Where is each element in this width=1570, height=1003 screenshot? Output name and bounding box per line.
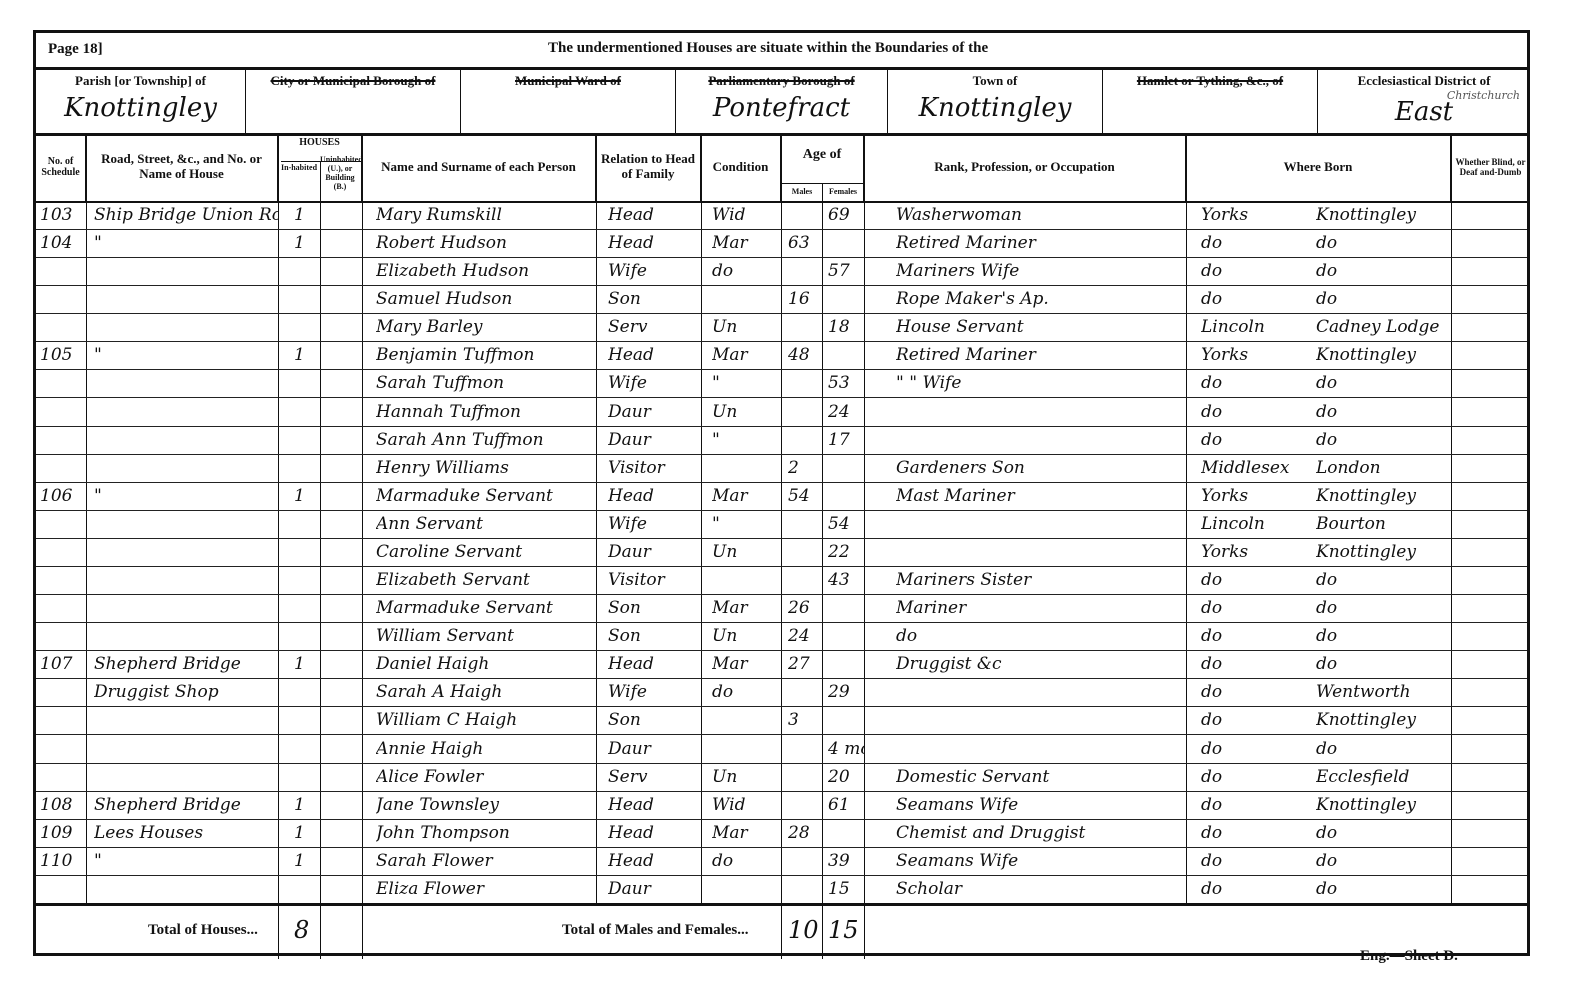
cell-born-county: Lincoln <box>1201 510 1311 539</box>
cell-male-age: 27 <box>788 650 822 679</box>
cell-male-age <box>788 369 822 398</box>
cell-born-county: do <box>1201 791 1311 820</box>
cell-schedule <box>40 369 86 398</box>
col-inhabited: In-habited <box>281 163 317 172</box>
cell-inhabited <box>294 285 318 314</box>
cell-inhabited <box>294 454 318 483</box>
cell-female-age <box>828 594 864 623</box>
cell-name: Henry Williams <box>376 454 594 483</box>
cell-female-age: 53 <box>828 369 864 398</box>
cell-road <box>94 763 278 792</box>
cell-road <box>94 566 278 595</box>
cell-male-age: 48 <box>788 341 822 370</box>
cell-schedule <box>40 538 86 567</box>
cell-born-place: do <box>1316 369 1450 398</box>
page-number: Page 18] <box>48 41 103 58</box>
cell-road: " <box>94 341 278 370</box>
cell-name: Sarah Tuffmon <box>376 369 594 398</box>
census-sheet: Page 18] The undermentioned Houses are s… <box>33 30 1530 956</box>
table-row: 104"1Robert HudsonHeadMar63Retired Marin… <box>36 229 1527 258</box>
cell-name: Benjamin Tuffmon <box>376 341 594 370</box>
cell-occupation: Druggist &c <box>896 650 1184 679</box>
cell-born-county: do <box>1201 398 1311 427</box>
cell-condition <box>712 566 780 595</box>
cell-born-place: Bourton <box>1316 510 1450 539</box>
cell-born-county: do <box>1201 650 1311 679</box>
cell-born-county: do <box>1201 566 1311 595</box>
cell-male-age: 63 <box>788 229 822 258</box>
cell-born-place: do <box>1316 847 1450 876</box>
cell-occupation: Chemist and Druggist <box>896 819 1184 848</box>
cell-name: Daniel Haigh <box>376 650 594 679</box>
cell-male-age: 3 <box>788 706 822 735</box>
cell-condition: do <box>712 678 780 707</box>
cell-condition: Mar <box>712 482 780 511</box>
cell-relation: Daur <box>608 426 700 455</box>
cell-female-age: 57 <box>828 257 864 286</box>
cell-name: Jane Townsley <box>376 791 594 820</box>
cell-relation: Visitor <box>608 454 700 483</box>
cell-schedule <box>40 398 86 427</box>
place-label: City or Municipal Borough of <box>246 73 460 89</box>
cell-inhabited <box>294 398 318 427</box>
cell-female-age: 69 <box>828 201 864 230</box>
cell-born-county: Middlesex <box>1201 454 1311 483</box>
cell-born-place: Ecclesfield <box>1316 763 1450 792</box>
col-blind: Whether Blind, or Deaf and-Dumb <box>1451 133 1530 201</box>
cell-occupation: Retired Mariner <box>896 229 1184 258</box>
cell-male-age <box>788 566 822 595</box>
cell-condition: Mar <box>712 341 780 370</box>
cell-inhabited <box>294 594 318 623</box>
cell-born-county: Yorks <box>1201 341 1311 370</box>
cell-occupation: Scholar <box>896 875 1184 904</box>
cell-name: Annie Haigh <box>376 735 594 764</box>
cell-born-place: Knottingley <box>1316 201 1450 230</box>
cell-condition: Un <box>712 538 780 567</box>
table-row: 108Shepherd Bridge1Jane TownsleyHeadWid6… <box>36 791 1527 820</box>
cell-name: William C Haigh <box>376 706 594 735</box>
table-row: Sarah TuffmonWife"53" " Wifedodo <box>36 369 1527 398</box>
cell-born-place: do <box>1316 257 1450 286</box>
cell-name: Elizabeth Hudson <box>376 257 594 286</box>
cell-female-age: 29 <box>828 678 864 707</box>
cell-inhabited <box>294 426 318 455</box>
cell-occupation <box>896 510 1184 539</box>
cell-condition: do <box>712 257 780 286</box>
cell-name: Samuel Hudson <box>376 285 594 314</box>
cell-male-age <box>788 426 822 455</box>
cell-schedule <box>40 285 86 314</box>
cell-occupation <box>896 398 1184 427</box>
cell-born-place: do <box>1316 650 1450 679</box>
cell-condition: Wid <box>712 201 780 230</box>
cell-schedule <box>40 622 86 651</box>
cell-male-age <box>788 313 822 342</box>
cell-road: " <box>94 482 278 511</box>
place-hamlet: Hamlet or Tything, &c., of <box>1103 67 1318 133</box>
page-header-row: Page 18] The undermentioned Houses are s… <box>36 33 1527 70</box>
col-occupation: Rank, Profession, or Occupation <box>864 133 1186 201</box>
cell-inhabited: 1 <box>294 791 318 820</box>
cell-male-age: 26 <box>788 594 822 623</box>
cell-name: Caroline Servant <box>376 538 594 567</box>
cell-born-county: do <box>1201 678 1311 707</box>
cell-inhabited <box>294 706 318 735</box>
cell-condition: Un <box>712 763 780 792</box>
cell-condition <box>712 735 780 764</box>
cell-female-age: 4 mo <box>828 735 864 764</box>
cell-condition <box>712 706 780 735</box>
cell-occupation: " " Wife <box>896 369 1184 398</box>
table-row: 107Shepherd Bridge1Daniel HaighHeadMar27… <box>36 650 1527 679</box>
cell-name: Mary Barley <box>376 313 594 342</box>
divider <box>781 906 782 959</box>
cell-road: Druggist Shop <box>94 678 278 707</box>
cell-born-place: do <box>1316 735 1450 764</box>
cell-inhabited: 1 <box>294 847 318 876</box>
cell-female-age <box>828 285 864 314</box>
cell-road: Lees Houses <box>94 819 278 848</box>
table-row: Elizabeth HudsonWifedo57Mariners Wifedod… <box>36 257 1527 286</box>
cell-male-age <box>788 875 822 904</box>
cell-male-age <box>788 678 822 707</box>
cell-relation: Daur <box>608 538 700 567</box>
cell-relation: Wife <box>608 369 700 398</box>
cell-road <box>94 398 278 427</box>
cell-relation: Head <box>608 482 700 511</box>
table-row: 106"1Marmaduke ServantHeadMar54Mast Mari… <box>36 482 1527 511</box>
cell-schedule <box>40 510 86 539</box>
table-row: Eliza FlowerDaur15Scholardodo <box>36 875 1527 904</box>
cell-condition: " <box>712 426 780 455</box>
cell-name: Marmaduke Servant <box>376 482 594 511</box>
place-city: City or Municipal Borough of <box>246 67 461 133</box>
cell-road <box>94 285 278 314</box>
cell-male-age <box>788 201 822 230</box>
cell-road: Ship Bridge Union Row <box>94 201 278 230</box>
cell-relation: Head <box>608 650 700 679</box>
place-label: Town of <box>888 73 1102 89</box>
cell-female-age: 18 <box>828 313 864 342</box>
place-row: Parish [or Township] of Knottingley City… <box>36 67 1527 136</box>
divider <box>281 161 362 162</box>
cell-condition: Mar <box>712 229 780 258</box>
cell-male-age: 28 <box>788 819 822 848</box>
cell-relation: Serv <box>608 763 700 792</box>
col-name: Name and Surname of each Person <box>362 133 596 201</box>
cell-occupation <box>896 735 1184 764</box>
cell-born-place: Cadney Lodge <box>1316 313 1450 342</box>
cell-inhabited <box>294 735 318 764</box>
cell-born-place: do <box>1316 622 1450 651</box>
cell-condition: Un <box>712 398 780 427</box>
cell-condition: Mar <box>712 819 780 848</box>
cell-occupation: Mariners Wife <box>896 257 1184 286</box>
cell-born-county: do <box>1201 735 1311 764</box>
cell-occupation <box>896 678 1184 707</box>
cell-road <box>94 594 278 623</box>
cell-born-county: do <box>1201 229 1311 258</box>
cell-inhabited: 1 <box>294 229 318 258</box>
cell-occupation: Gardeners Son <box>896 454 1184 483</box>
place-parish: Parish [or Township] of Knottingley <box>36 67 246 133</box>
cell-male-age <box>788 538 822 567</box>
divider <box>320 906 321 959</box>
cell-born-county: do <box>1201 875 1311 904</box>
cell-name: Hannah Tuffmon <box>376 398 594 427</box>
cell-schedule: 105 <box>40 341 86 370</box>
cell-condition: Un <box>712 313 780 342</box>
cell-female-age <box>828 454 864 483</box>
cell-relation: Head <box>608 341 700 370</box>
cell-schedule <box>40 875 86 904</box>
cell-schedule <box>40 735 86 764</box>
cell-condition: Mar <box>712 650 780 679</box>
cell-schedule <box>40 763 86 792</box>
cell-born-county: do <box>1201 257 1311 286</box>
boundary-title: The undermentioned Houses are situate wi… <box>548 40 988 57</box>
cell-male-age <box>788 791 822 820</box>
place-label: Parliamentary Borough of <box>676 73 887 89</box>
place-label: Parish [or Township] of <box>36 73 245 89</box>
table-row: Mary BarleyServUn18House ServantLincolnC… <box>36 313 1527 342</box>
divider <box>278 906 279 959</box>
divider <box>781 183 864 184</box>
table-row: Sarah Ann TuffmonDaur"17dodo <box>36 426 1527 455</box>
cell-occupation: Rope Maker's Ap. <box>896 285 1184 314</box>
cell-inhabited: 1 <box>294 819 318 848</box>
cell-road <box>94 735 278 764</box>
cell-female-age <box>828 706 864 735</box>
cell-born-county: Lincoln <box>1201 313 1311 342</box>
table-row: Elizabeth ServantVisitor43Mariners Siste… <box>36 566 1527 595</box>
cell-inhabited: 1 <box>294 201 318 230</box>
cell-occupation: Retired Mariner <box>896 341 1184 370</box>
table-row: Henry WilliamsVisitor2Gardeners SonMiddl… <box>36 454 1527 483</box>
cell-name: Mary Rumskill <box>376 201 594 230</box>
cell-inhabited <box>294 538 318 567</box>
place-ward: Municipal Ward of <box>461 67 676 133</box>
cell-male-age: 54 <box>788 482 822 511</box>
cell-female-age: 24 <box>828 398 864 427</box>
table-row: 110"1Sarah FlowerHeaddo39Seamans Wifedod… <box>36 847 1527 876</box>
cell-name: William Servant <box>376 622 594 651</box>
place-label: Municipal Ward of <box>461 73 675 89</box>
cell-schedule <box>40 257 86 286</box>
cell-road <box>94 313 278 342</box>
cell-female-age: 15 <box>828 875 864 904</box>
cell-schedule <box>40 454 86 483</box>
cell-born-county: do <box>1201 426 1311 455</box>
col-condition: Condition <box>701 133 781 201</box>
cell-schedule <box>40 566 86 595</box>
cell-occupation: do <box>896 622 1184 651</box>
cell-relation: Daur <box>608 735 700 764</box>
cell-relation: Head <box>608 791 700 820</box>
cell-born-place: Knottingley <box>1316 791 1450 820</box>
place-value: Knottingley <box>888 93 1102 123</box>
cell-male-age <box>788 510 822 539</box>
cell-name: Eliza Flower <box>376 875 594 904</box>
cell-road: " <box>94 847 278 876</box>
cell-born-place: do <box>1316 594 1450 623</box>
cell-name: Marmaduke Servant <box>376 594 594 623</box>
cell-name: Sarah A Haigh <box>376 678 594 707</box>
cell-relation: Head <box>608 819 700 848</box>
cell-female-age: 54 <box>828 510 864 539</box>
cell-occupation: Mariner <box>896 594 1184 623</box>
cell-relation: Wife <box>608 510 700 539</box>
cell-schedule: 110 <box>40 847 86 876</box>
table-row: Alice FowlerServUn20Domestic ServantdoEc… <box>36 763 1527 792</box>
cell-name: John Thompson <box>376 819 594 848</box>
table-row: Ann ServantWife"54LincolnBourton <box>36 510 1527 539</box>
cell-female-age: 43 <box>828 566 864 595</box>
cell-condition <box>712 285 780 314</box>
sheet-label: Eng.—Sheet D. <box>1360 948 1458 965</box>
cell-inhabited <box>294 510 318 539</box>
col-males: Males <box>783 187 821 196</box>
cell-relation: Son <box>608 706 700 735</box>
place-annotation: Christchurch <box>1447 89 1520 102</box>
cell-born-place: Wentworth <box>1316 678 1450 707</box>
cell-born-county: do <box>1201 594 1311 623</box>
cell-born-place: do <box>1316 566 1450 595</box>
place-value: Knottingley <box>36 93 245 123</box>
cell-schedule <box>40 706 86 735</box>
cell-born-place: do <box>1316 819 1450 848</box>
cell-female-age: 39 <box>828 847 864 876</box>
cell-schedule: 103 <box>40 201 86 230</box>
total-persons-label: Total of Males and Females... <box>562 922 749 939</box>
cell-born-county: do <box>1201 847 1311 876</box>
total-houses-label: Total of Houses... <box>148 922 258 939</box>
cell-name: Ann Servant <box>376 510 594 539</box>
cell-born-place: do <box>1316 426 1450 455</box>
total-houses-value: 8 <box>294 916 309 944</box>
place-parliamentary-borough: Parliamentary Borough of Pontefract <box>676 67 888 133</box>
cell-condition: Mar <box>712 594 780 623</box>
cell-road: " <box>94 229 278 258</box>
cell-relation: Head <box>608 847 700 876</box>
cell-schedule <box>40 594 86 623</box>
place-ecclesiastical-district: Ecclesiastical District of East Christch… <box>1318 67 1530 133</box>
cell-schedule <box>40 678 86 707</box>
cell-female-age <box>828 650 864 679</box>
divider <box>822 906 823 959</box>
cell-relation: Daur <box>608 875 700 904</box>
cell-born-place: do <box>1316 875 1450 904</box>
cell-road <box>94 257 278 286</box>
cell-born-place: Knottingley <box>1316 706 1450 735</box>
cell-road <box>94 538 278 567</box>
cell-male-age <box>788 257 822 286</box>
cell-name: Alice Fowler <box>376 763 594 792</box>
cell-born-place: London <box>1316 454 1450 483</box>
cell-condition: " <box>712 369 780 398</box>
cell-male-age <box>788 847 822 876</box>
cell-born-county: do <box>1201 819 1311 848</box>
cell-occupation: Seamans Wife <box>896 791 1184 820</box>
cell-relation: Son <box>608 594 700 623</box>
cell-born-county: Yorks <box>1201 482 1311 511</box>
cell-road <box>94 875 278 904</box>
cell-road <box>94 426 278 455</box>
cell-condition: Wid <box>712 791 780 820</box>
cell-inhabited: 1 <box>294 482 318 511</box>
cell-inhabited: 1 <box>294 341 318 370</box>
cell-male-age <box>788 398 822 427</box>
cell-schedule <box>40 426 86 455</box>
cell-female-age <box>828 229 864 258</box>
place-value: Pontefract <box>676 93 887 123</box>
cell-male-age <box>788 735 822 764</box>
cell-female-age: 22 <box>828 538 864 567</box>
cell-relation: Daur <box>608 398 700 427</box>
cell-born-place: do <box>1316 398 1450 427</box>
cell-born-place: Knottingley <box>1316 482 1450 511</box>
cell-road: Shepherd Bridge <box>94 650 278 679</box>
cell-occupation: Seamans Wife <box>896 847 1184 876</box>
cell-inhabited <box>294 875 318 904</box>
cell-occupation <box>896 426 1184 455</box>
cell-inhabited <box>294 369 318 398</box>
cell-relation: Wife <box>608 257 700 286</box>
cell-schedule: 109 <box>40 819 86 848</box>
cell-born-county: Yorks <box>1201 201 1311 230</box>
table-row: Caroline ServantDaurUn22YorksKnottingley <box>36 538 1527 567</box>
table-row: Hannah TuffmonDaurUn24dodo <box>36 398 1527 427</box>
total-males-value: 10 <box>788 916 819 944</box>
table-row: 103Ship Bridge Union Row1Mary RumskillHe… <box>36 201 1527 230</box>
cell-condition: " <box>712 510 780 539</box>
cell-schedule: 104 <box>40 229 86 258</box>
divider <box>362 906 363 959</box>
cell-female-age <box>828 622 864 651</box>
houses-label: HOUSES <box>299 137 340 149</box>
cell-schedule: 107 <box>40 650 86 679</box>
cell-occupation: Washerwoman <box>896 201 1184 230</box>
place-town: Town of Knottingley <box>888 67 1103 133</box>
cell-female-age: 61 <box>828 791 864 820</box>
cell-female-age <box>828 341 864 370</box>
cell-relation: Serv <box>608 313 700 342</box>
cell-condition <box>712 875 780 904</box>
cell-occupation <box>896 706 1184 735</box>
cell-born-place: Knottingley <box>1316 538 1450 567</box>
cell-female-age <box>828 819 864 848</box>
cell-name: Elizabeth Servant <box>376 566 594 595</box>
col-road: Road, Street, &c., and No. or Name of Ho… <box>86 133 278 201</box>
cell-road <box>94 706 278 735</box>
cell-occupation: Domestic Servant <box>896 763 1184 792</box>
cell-born-place: do <box>1316 229 1450 258</box>
cell-occupation: Mast Mariner <box>896 482 1184 511</box>
cell-born-place: do <box>1316 285 1450 314</box>
cell-born-place: Knottingley <box>1316 341 1450 370</box>
table-row: 105"1Benjamin TuffmonHeadMar48Retired Ma… <box>36 341 1527 370</box>
cell-inhabited <box>294 313 318 342</box>
cell-name: Sarah Flower <box>376 847 594 876</box>
col-relation: Relation to Head of Family <box>596 133 701 201</box>
cell-name: Robert Hudson <box>376 229 594 258</box>
cell-born-county: do <box>1201 763 1311 792</box>
cell-relation: Son <box>608 622 700 651</box>
cell-inhabited <box>294 763 318 792</box>
cell-road <box>94 510 278 539</box>
cell-born-county: Yorks <box>1201 538 1311 567</box>
